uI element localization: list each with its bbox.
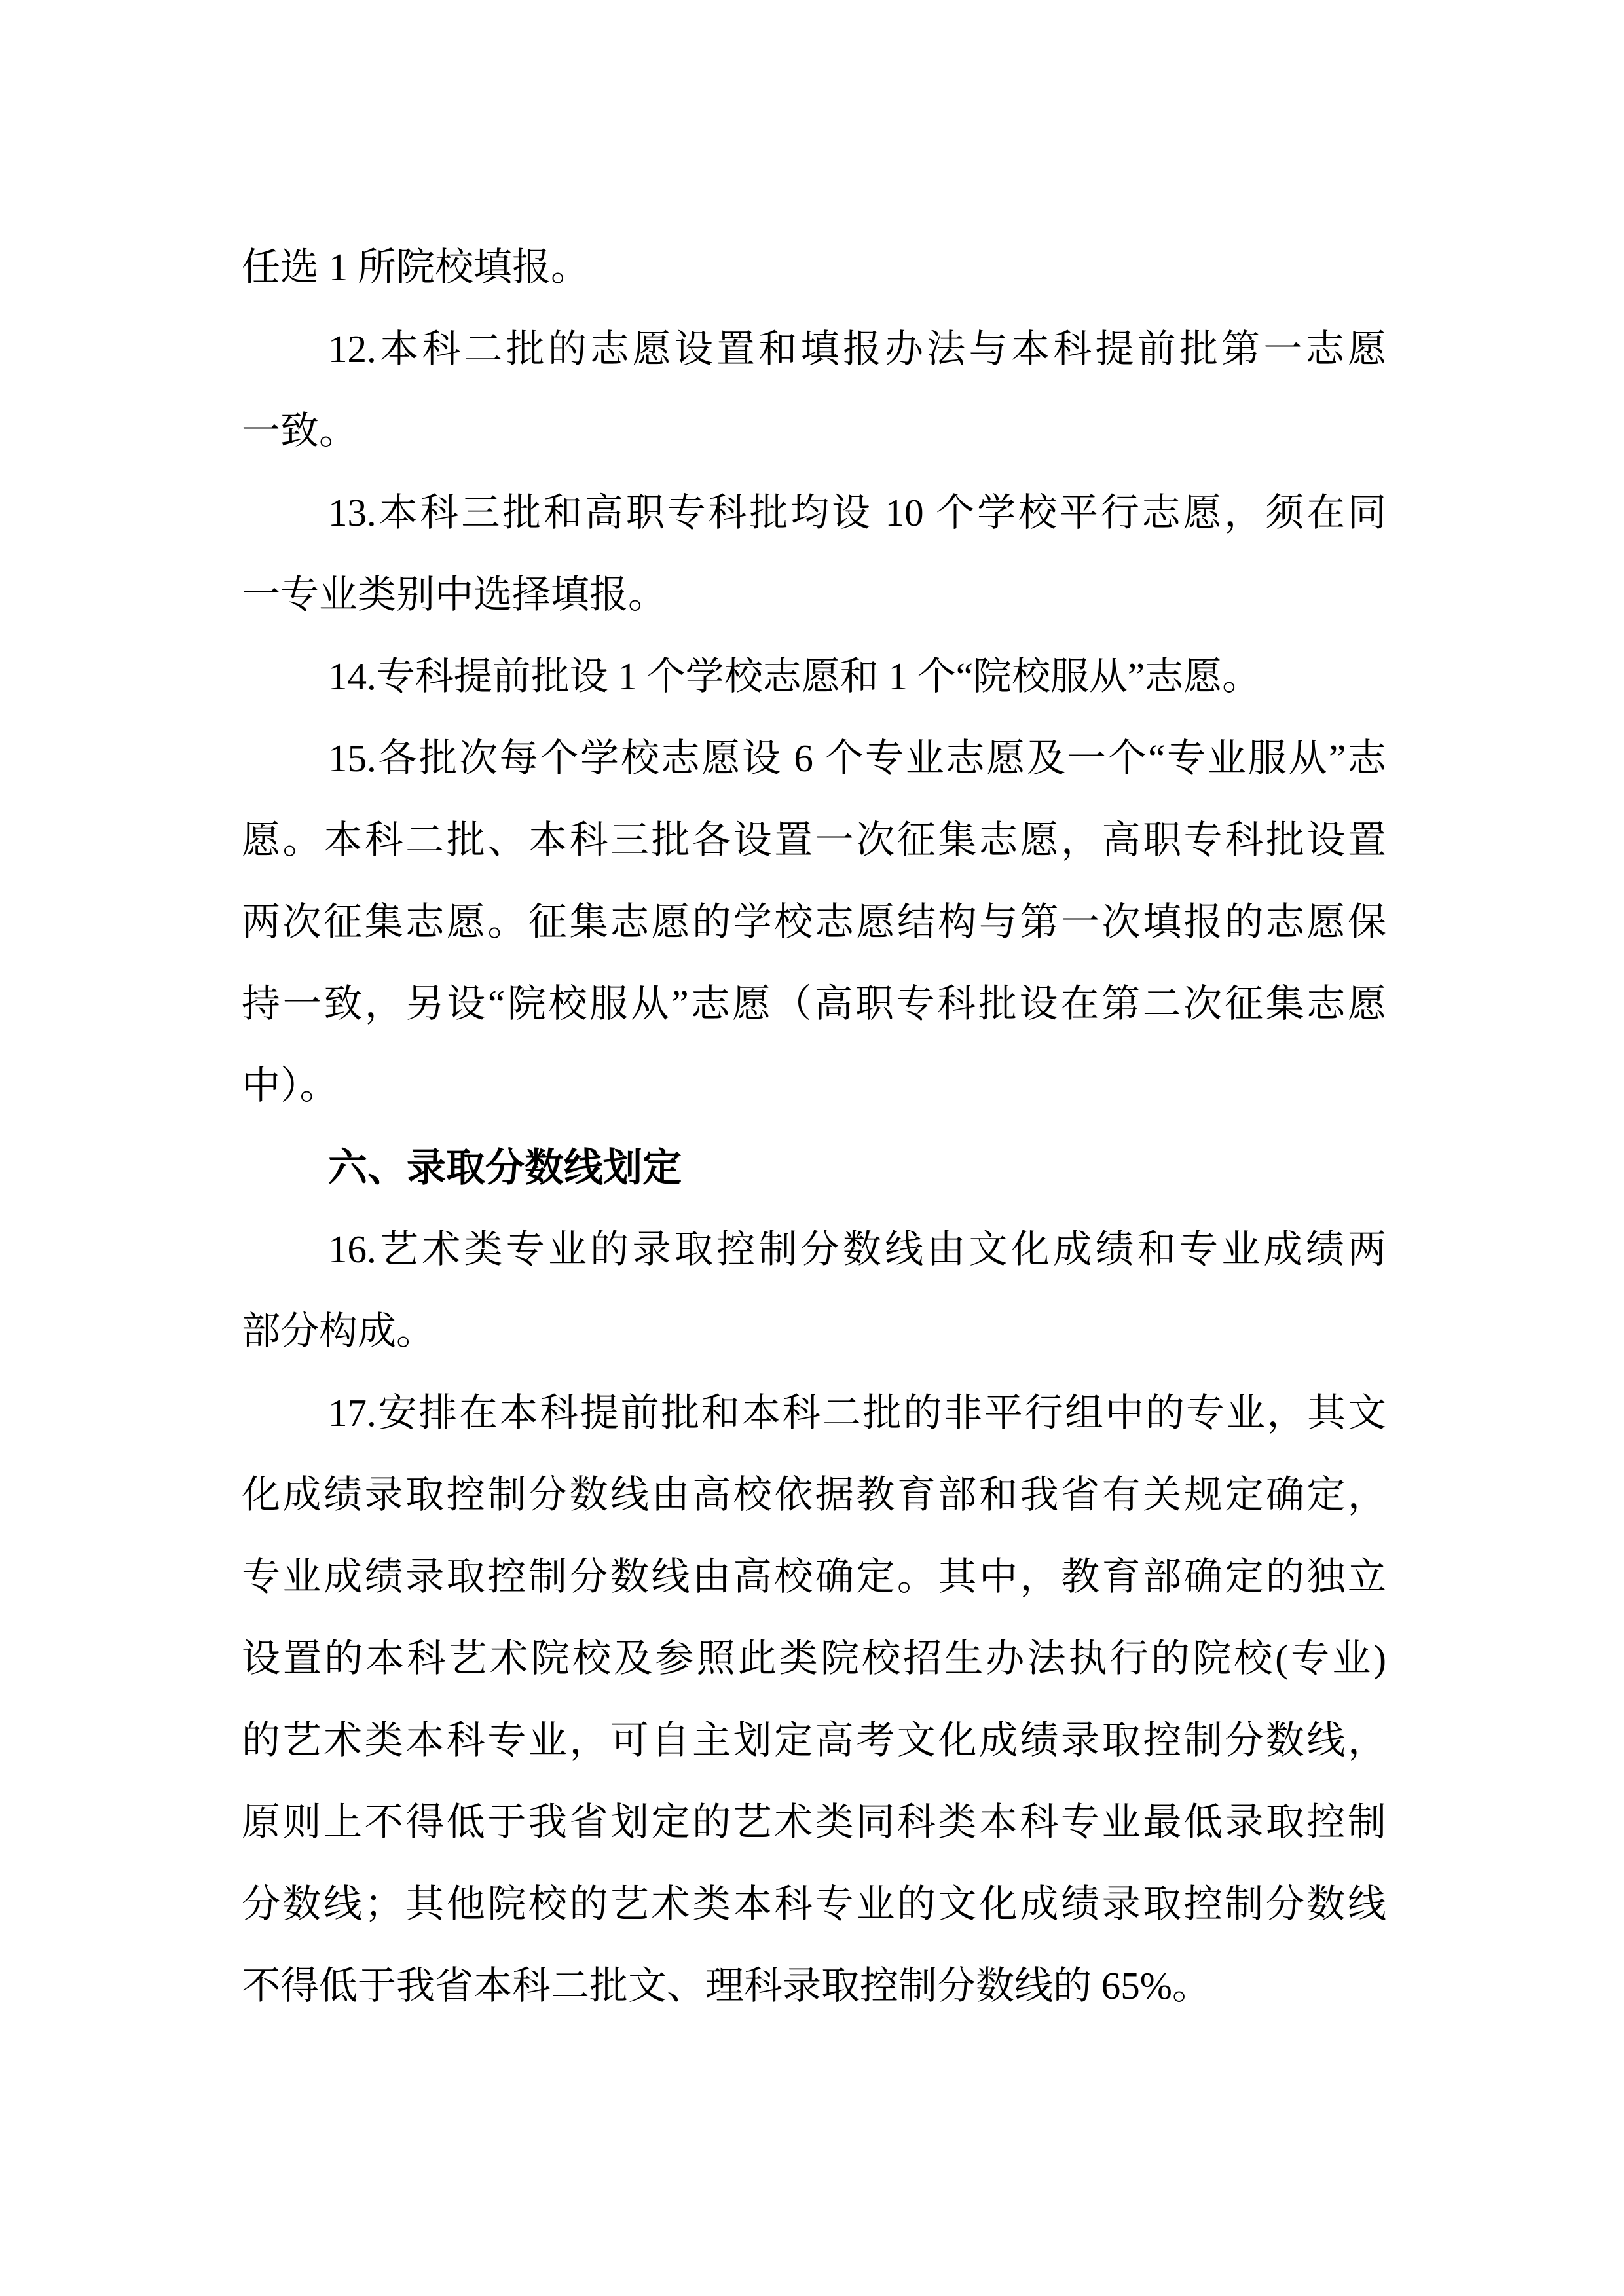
text-line: 16.艺术类专业的录取控制分数线由文化成绩和专业成绩两 xyxy=(242,1209,1386,1290)
section-heading: 六、录取分数线划定 xyxy=(242,1127,1386,1209)
text-line: 15.各批次每个学校志愿设 6 个专业志愿及一个“专业服从”志 xyxy=(242,718,1386,799)
text-line: 设置的本科艺术院校及参照此类院校招生办法执行的院校(专业) xyxy=(242,1618,1386,1700)
text-line: 化成绩录取控制分数线由高校依据教育部和我省有关规定确定， xyxy=(242,1454,1386,1536)
text-line: 专业成绩录取控制分数线由高校确定。其中，教育部确定的独立 xyxy=(242,1536,1386,1618)
text-line: 一专业类别中选择填报。 xyxy=(242,554,1386,636)
text-line: 12.本科二批的志愿设置和填报办法与本科提前批第一志愿 xyxy=(242,308,1386,390)
text-line: 一致。 xyxy=(242,390,1386,472)
text-line: 愿。本科二批、本科三批各设置一次征集志愿，高职专科批设置 xyxy=(242,799,1386,881)
text-line: 13.本科三批和高职专科批均设 10 个学校平行志愿，须在同 xyxy=(242,472,1386,554)
text-line: 任选 1 所院校填报。 xyxy=(242,227,1386,308)
text-line: 部分构成。 xyxy=(242,1290,1386,1372)
text-line: 分数线；其他院校的艺术类本科专业的文化成绩录取控制分数线 xyxy=(242,1863,1386,1945)
text-line: 不得低于我省本科二批文、理科录取控制分数线的 65%。 xyxy=(242,1945,1386,2027)
document-body: 任选 1 所院校填报。12.本科二批的志愿设置和填报办法与本科提前批第一志愿一致… xyxy=(242,227,1386,2027)
text-line: 14.专科提前批设 1 个学校志愿和 1 个“院校服从”志愿。 xyxy=(242,636,1386,718)
text-line: 的艺术类本科专业，可自主划定高考文化成绩录取控制分数线， xyxy=(242,1700,1386,1781)
text-line: 持一致，另设“院校服从”志愿（高职专科批设在第二次征集志愿 xyxy=(242,963,1386,1045)
text-line: 中）。 xyxy=(242,1045,1386,1127)
text-line: 两次征集志愿。征集志愿的学校志愿结构与第一次填报的志愿保 xyxy=(242,881,1386,963)
text-line: 17.安排在本科提前批和本科二批的非平行组中的专业，其文 xyxy=(242,1372,1386,1454)
text-line: 原则上不得低于我省划定的艺术类同科类本科专业最低录取控制 xyxy=(242,1781,1386,1863)
document-page: 任选 1 所院校填报。12.本科二批的志愿设置和填报办法与本科提前批第一志愿一致… xyxy=(0,0,1624,2296)
